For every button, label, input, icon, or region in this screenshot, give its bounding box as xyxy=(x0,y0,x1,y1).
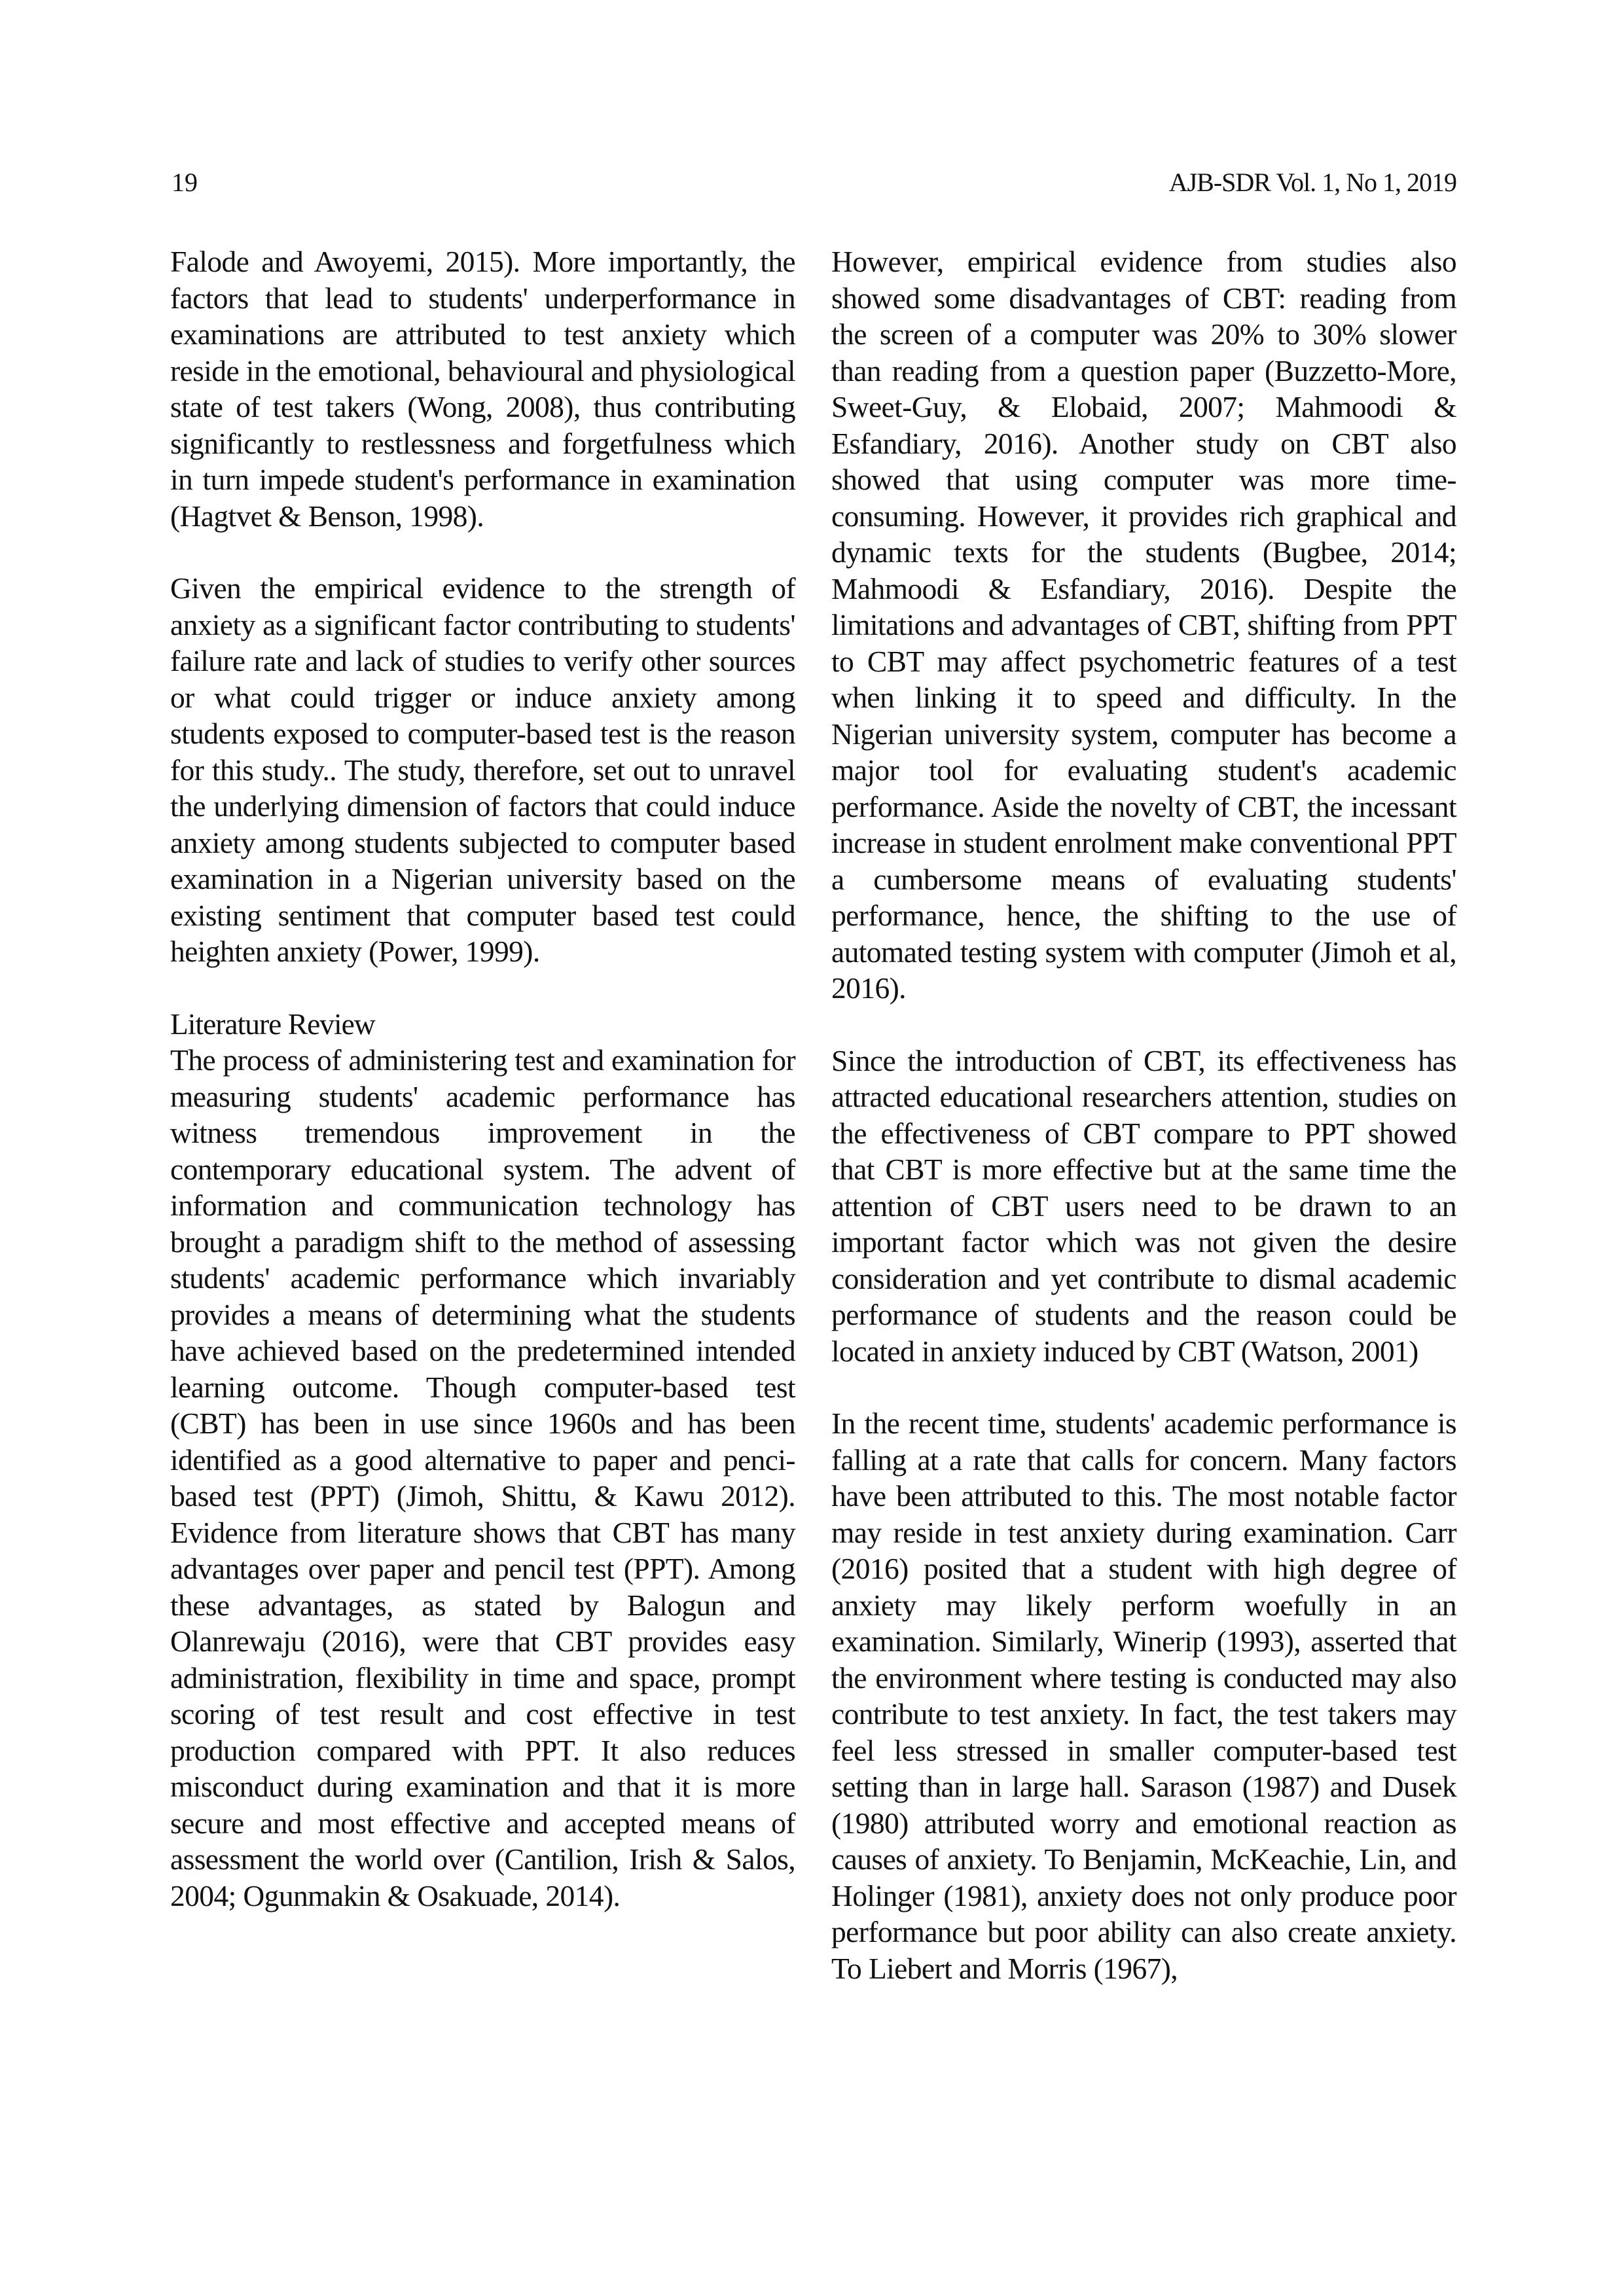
paragraph-cbt-disadvantages: However, empirical evidence from studies… xyxy=(831,243,1456,1007)
paragraph-study-purpose: Given the empirical evidence to the stre… xyxy=(170,570,795,970)
page-header: 19 AJB-SDR Vol. 1, No 1, 2019 xyxy=(171,167,1456,206)
paragraph-cbt-effectiveness: Since the introduction of CBT, its effec… xyxy=(831,1043,1456,1370)
section-heading-literature-review: Literature Review xyxy=(170,1006,795,1043)
paragraph-test-anxiety: In the recent time, students' academic p… xyxy=(831,1405,1456,1986)
left-column: Falode and Awoyemi, 2015). More importan… xyxy=(170,243,795,1914)
paragraph-intro-continued: Falode and Awoyemi, 2015). More importan… xyxy=(170,243,795,534)
page-number: 19 xyxy=(171,167,198,198)
paragraph-literature-review: The process of administering test and ex… xyxy=(170,1042,795,1914)
journal-reference: AJB-SDR Vol. 1, No 1, 2019 xyxy=(1169,167,1456,198)
right-column: However, empirical evidence from studies… xyxy=(831,243,1456,1986)
